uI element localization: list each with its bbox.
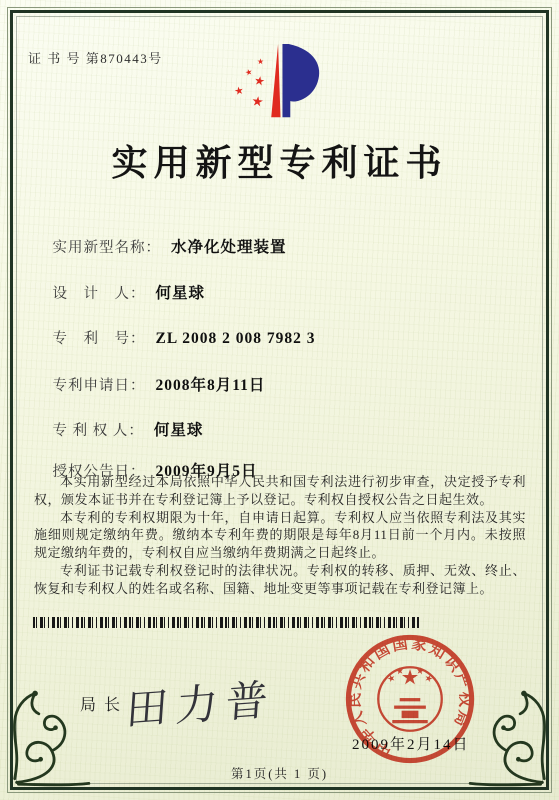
cnipa-logo-icon <box>219 43 343 127</box>
patent-certificate-page: 证 书 号 第870443号 实用新型专利证书 实用新型名称：水净化处理装置 设… <box>0 0 559 800</box>
field-value: 何星球 <box>154 422 204 439</box>
legal-paragraph-3: 专利证书记载专利权登记时的法律状况。专利权的转移、质押、无效、终止、恢复和专利权… <box>34 562 526 598</box>
barcode <box>33 617 420 628</box>
logo-stars <box>234 58 265 106</box>
field-value: ZL 2008 2 008 7982 3 <box>156 330 316 347</box>
field-label: 设 计 人： <box>53 286 146 302</box>
field-label: 实用新型名称： <box>53 240 162 256</box>
page-number: 第1页(共 1 页) <box>0 764 559 782</box>
seal-national-emblem-icon <box>378 667 441 731</box>
field-label: 专 利 号： <box>53 331 146 347</box>
certificate-number: 证 书 号 第870443号 <box>28 48 163 67</box>
field-label: 专 利 权 人： <box>53 423 144 439</box>
field-label: 专利申请日： <box>53 378 146 394</box>
legal-text-block: 本实用新型经过本局依照中华人民共和国专利法进行初步审查，决定授予专利权，颁发本证… <box>34 473 526 598</box>
certificate-title: 实用新型专利证书 <box>0 135 559 186</box>
legal-paragraph-1: 本实用新型经过本局依照中华人民共和国专利法进行初步审查，决定授予专利权，颁发本证… <box>34 473 526 509</box>
logo-blue-p <box>282 44 319 117</box>
logo-red-wedge <box>271 44 280 117</box>
legal-paragraph-2: 本专利的专利权期限为十年，自申请日起算。专利权人应当依照专利法及其实施细则规定缴… <box>34 509 526 562</box>
field-value: 2008年8月11日 <box>156 377 266 394</box>
field-value: 何星球 <box>156 285 206 302</box>
field-value: 水净化处理装置 <box>171 239 287 256</box>
commissioner-signature: 田力普 <box>124 667 278 738</box>
